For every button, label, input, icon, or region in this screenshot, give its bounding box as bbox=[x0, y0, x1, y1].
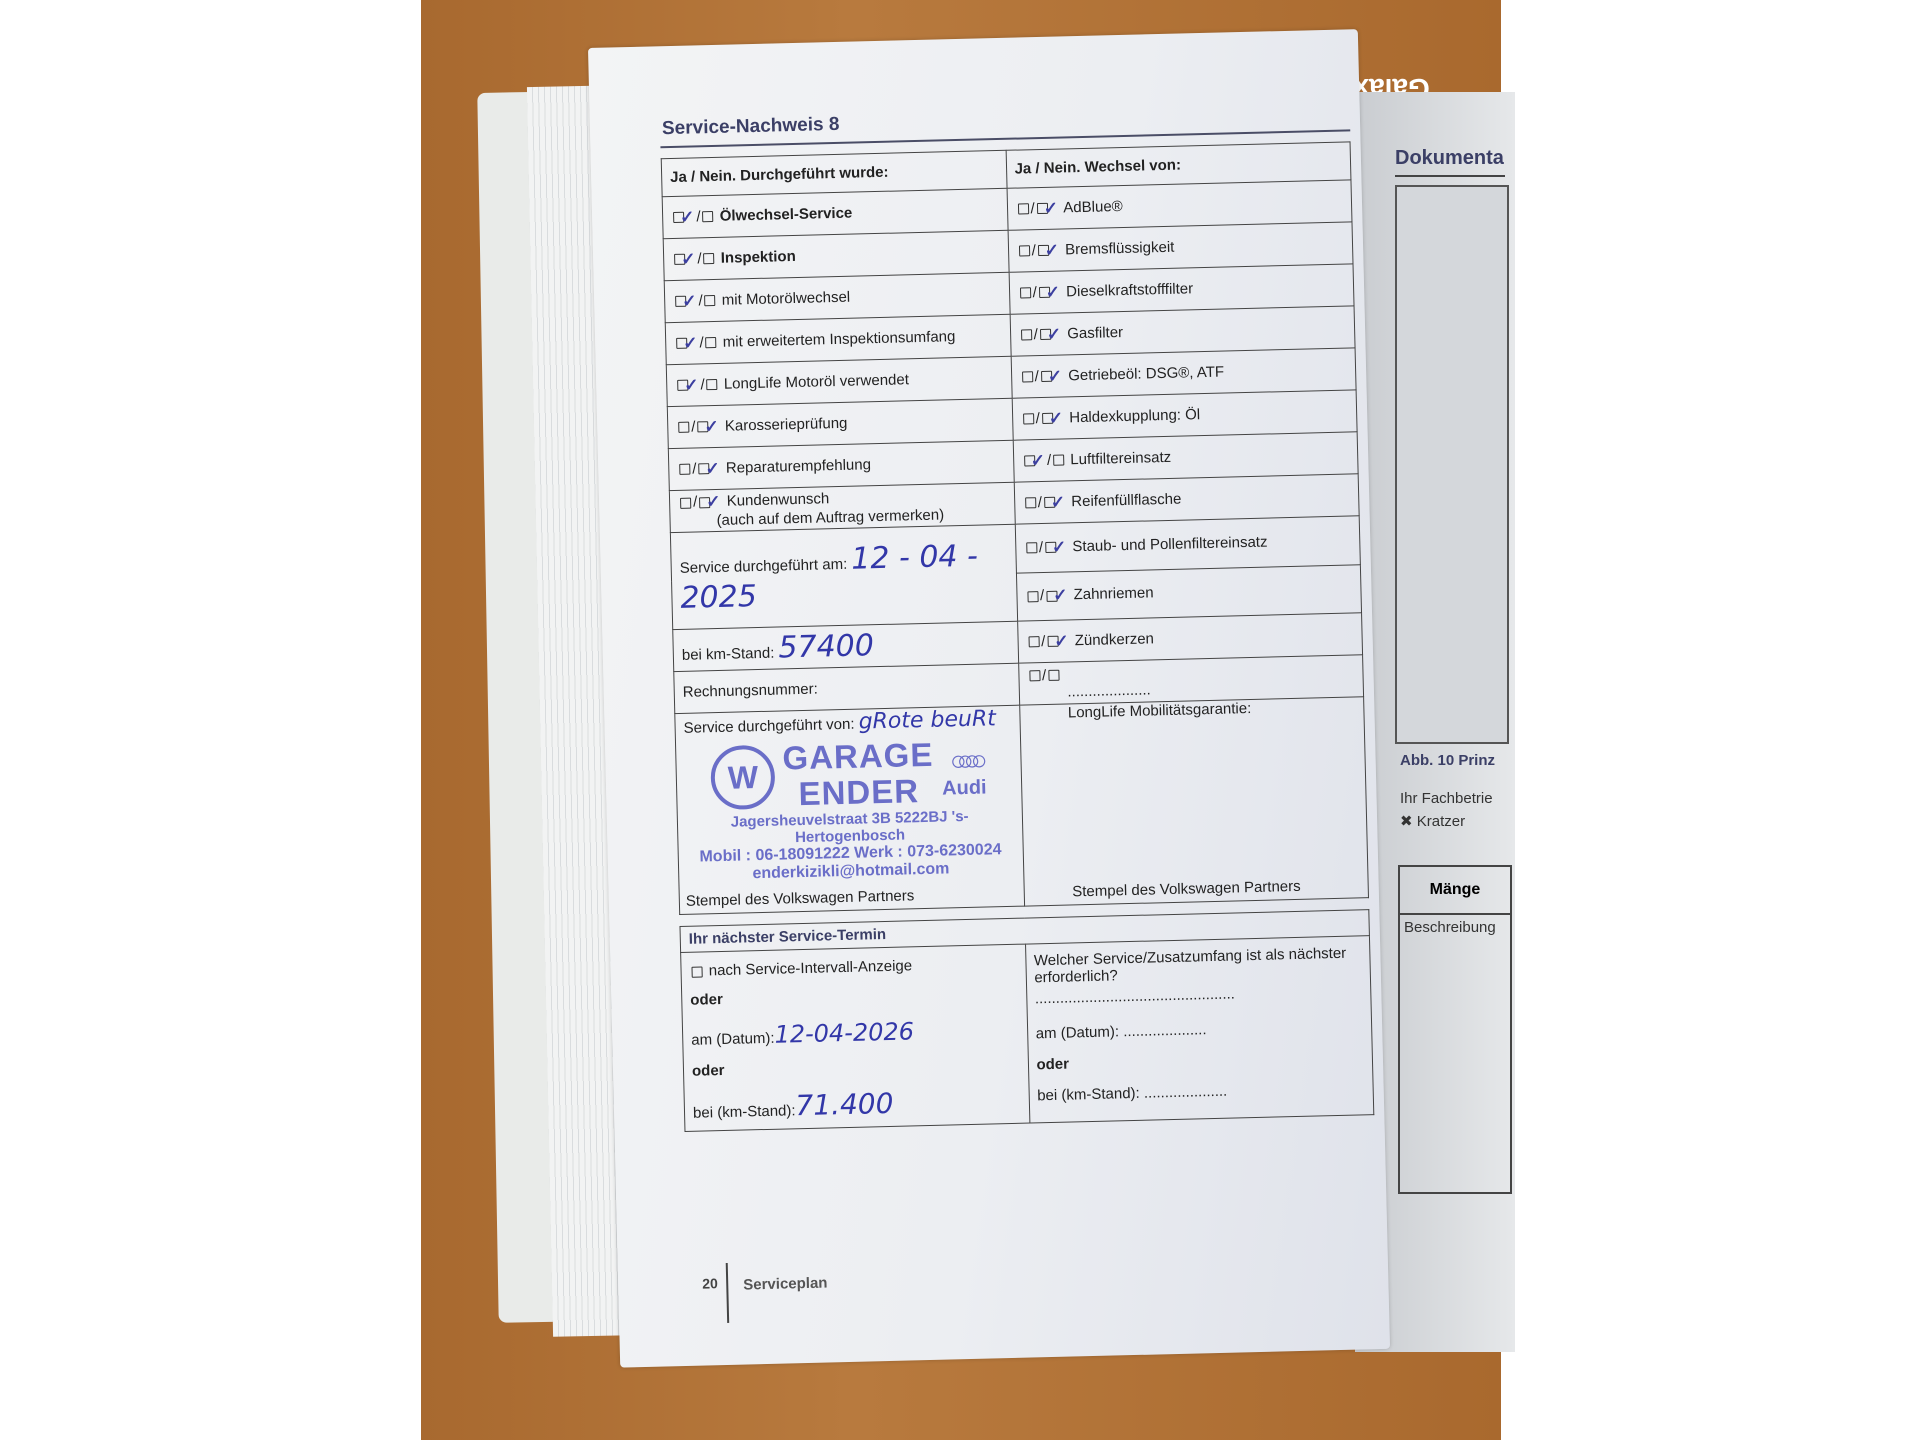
stamp-audi: Audi bbox=[942, 776, 987, 800]
right-item-ja-checkbox[interactable] bbox=[1021, 329, 1032, 340]
left-item-label: Inspektion bbox=[721, 247, 796, 266]
right-item-ja-checkbox[interactable] bbox=[1023, 413, 1034, 424]
page-title: Service-Nachweis 8 bbox=[662, 114, 840, 140]
kratzer-legend: ✖ Kratzer bbox=[1400, 812, 1465, 830]
stamp-caption-right: Stempel des Volkswagen Partners bbox=[1072, 878, 1301, 901]
left-item-nein-checkbox[interactable] bbox=[704, 295, 715, 306]
figure-caption: Abb. 10 Prinz bbox=[1400, 752, 1495, 769]
check-mark-icon: ✓ bbox=[680, 207, 695, 226]
right-item-ja-checkbox[interactable] bbox=[1022, 371, 1033, 382]
right-item-ja-checkbox[interactable] bbox=[1017, 203, 1028, 214]
left-item-label: mit Motorölwechsel bbox=[722, 288, 851, 308]
performed-by-label: Service durchgeführt von: bbox=[683, 716, 854, 737]
next-date-label: am (Datum): bbox=[691, 1030, 775, 1049]
left-item-label: Kundenwunsch bbox=[727, 490, 830, 510]
right-item-label: Bremsflüssigkeit bbox=[1065, 238, 1175, 258]
right-item-label: Zündkerzen bbox=[1075, 630, 1155, 649]
section-name: Serviceplan bbox=[743, 1275, 828, 1294]
next-km-label: bei (km-Stand): bbox=[693, 1102, 796, 1122]
check-mark-icon: ✓ bbox=[1051, 492, 1066, 511]
performed-by-value[interactable]: gRote beuRt bbox=[858, 706, 996, 734]
right-date-field[interactable]: am (Datum): .................... bbox=[1036, 1017, 1364, 1042]
check-mark-icon: ✓ bbox=[1045, 240, 1060, 259]
left-item-label: Reparaturempfehlung bbox=[726, 456, 871, 477]
right-item-ja-checkbox[interactable] bbox=[1026, 542, 1037, 553]
left-item-nein-checkbox[interactable] bbox=[707, 379, 718, 390]
check-mark-icon: ✓ bbox=[1054, 631, 1069, 650]
km-value[interactable]: 57400 bbox=[778, 628, 874, 665]
check-mark-icon: ✓ bbox=[1053, 586, 1068, 605]
maengel-table: Mänge Beschreibung bbox=[1398, 865, 1512, 1194]
right-item-label: Staub- und Pollenfiltereinsatz bbox=[1072, 533, 1267, 555]
right-item-ja-checkbox[interactable] bbox=[1018, 245, 1029, 256]
right-item-label: Gasfilter bbox=[1067, 323, 1123, 341]
left-item-nein-checkbox[interactable] bbox=[703, 253, 714, 264]
right-item-label: Getriebeöl: DSG®, ATF bbox=[1068, 363, 1224, 384]
left-item-ja-checkbox[interactable] bbox=[680, 497, 691, 508]
stamp-line2: ENDER bbox=[783, 773, 935, 813]
oder-label: oder bbox=[690, 984, 1018, 1009]
left-item-label: LongLife Motoröl verwendet bbox=[724, 371, 909, 393]
service-date-cell: Service durchgeführt am: 12 - 04 - 2025 bbox=[670, 524, 1017, 629]
right-item: /✓ Zahnriemen bbox=[1016, 564, 1362, 621]
check-mark-icon: ✓ bbox=[1048, 366, 1063, 385]
maengel-header: Mänge bbox=[1400, 867, 1510, 915]
invoice-label: Rechnungsnummer: bbox=[683, 681, 818, 701]
stamp-caption-left: Stempel des Volkswagen Partners bbox=[686, 887, 915, 910]
next-service-table: Ihr nächster Service-Termin nach Service… bbox=[679, 909, 1374, 1132]
audi-rings-icon: ○○○○ bbox=[941, 744, 986, 777]
check-mark-icon: ✓ bbox=[683, 333, 698, 352]
right-item-label: AdBlue® bbox=[1063, 197, 1123, 215]
check-mark-icon: ✓ bbox=[681, 249, 696, 268]
next-date-value[interactable]: 12-04-2026 bbox=[774, 1017, 914, 1048]
page-number: 20 bbox=[702, 1275, 718, 1291]
left-item-sublabel: (auch auf dem Auftrag vermerken) bbox=[716, 506, 944, 529]
fachbetrieb-text: Ihr Fachbetrie bbox=[1400, 790, 1493, 807]
service-date-label: Service durchgeführt am: bbox=[680, 556, 848, 577]
right-item-label: Dieselkraftstofffilter bbox=[1066, 280, 1193, 300]
service-date-value[interactable]: 12 - 04 - 2025 bbox=[680, 539, 978, 616]
car-diagram bbox=[1395, 185, 1509, 744]
left-item-nein-checkbox[interactable] bbox=[702, 211, 713, 222]
performed-by-cell: Service durchgeführt von: gRote beuRt W … bbox=[675, 705, 1024, 914]
next-service-right: Welcher Service/Zusatzumfang ist als näc… bbox=[1025, 936, 1374, 1123]
dealer-stamp: W GARAGEENDER ○○○○Audi Jagersheuvelstraa… bbox=[684, 735, 1015, 885]
km-label: bei km-Stand: bbox=[682, 645, 775, 664]
footer-divider bbox=[726, 1263, 729, 1323]
check-mark-icon: ✓ bbox=[1052, 537, 1067, 556]
right-item-ja-checkbox[interactable] bbox=[1025, 497, 1036, 508]
check-mark-icon: ✓ bbox=[1046, 282, 1061, 301]
next-service-dots[interactable]: ........................................… bbox=[1035, 982, 1363, 1007]
check-mark-icon: ✓ bbox=[1030, 450, 1045, 469]
left-item-ja-checkbox[interactable] bbox=[678, 422, 689, 433]
next-service-question: Welcher Service/Zusatzumfang ist als näc… bbox=[1034, 944, 1362, 986]
right-item-ja-checkbox[interactable] bbox=[1028, 636, 1039, 647]
check-mark-icon: ✓ bbox=[682, 291, 697, 310]
check-mark-icon: ✓ bbox=[705, 458, 720, 477]
stamp-line1: GARAGE bbox=[782, 737, 934, 777]
check-mark-icon: ✓ bbox=[1049, 408, 1064, 427]
right-item: /✓ Staub- und Pollenfiltereinsatz bbox=[1015, 516, 1361, 573]
right-km-field[interactable]: bei (km-Stand): .................... bbox=[1037, 1079, 1365, 1104]
check-mark-icon: ✓ bbox=[706, 492, 721, 511]
right-item-ja-checkbox[interactable] bbox=[1019, 287, 1030, 298]
left-item-nein-checkbox[interactable] bbox=[706, 337, 717, 348]
service-page: Service-Nachweis 8 Ja / Nein. Durchgefüh… bbox=[588, 29, 1390, 1367]
mobility-cell: LongLife Mobilitätsgarantie: Stempel des… bbox=[1019, 697, 1368, 906]
interval-checkbox[interactable] bbox=[691, 966, 702, 977]
right-page-title: Dokumenta bbox=[1395, 147, 1504, 170]
check-mark-icon: ✓ bbox=[1047, 324, 1062, 343]
right-item-ja-checkbox[interactable] bbox=[1029, 670, 1040, 681]
right-item-label: Zahnriemen bbox=[1073, 585, 1153, 604]
right-item-label: Luftfiltereinsatz bbox=[1070, 448, 1171, 467]
left-item-label: Ölwechsel-Service bbox=[720, 204, 853, 224]
left-item-label: Karosserieprüfung bbox=[725, 414, 848, 434]
right-item-label: Haldexkupplung: Öl bbox=[1069, 406, 1200, 426]
check-mark-icon: ✓ bbox=[1043, 198, 1058, 217]
check-mark-icon: ✓ bbox=[684, 375, 699, 394]
interval-label: nach Service-Intervall-Anzeige bbox=[709, 957, 913, 979]
vw-logo-icon: W bbox=[710, 745, 776, 811]
service-record-table: Ja / Nein. Durchgeführt wurde:Ja / Nein.… bbox=[661, 141, 1369, 915]
right-item-blank[interactable]: .................... bbox=[1067, 681, 1151, 700]
right-page-rule bbox=[1395, 175, 1505, 177]
right-item-nein-checkbox[interactable] bbox=[1048, 670, 1059, 681]
left-item-label: mit erweitertem Inspektionsumfang bbox=[723, 328, 956, 351]
right-item-ja-checkbox[interactable] bbox=[1027, 591, 1038, 602]
right-item-nein-checkbox[interactable] bbox=[1053, 454, 1064, 465]
right-item-label: Reifenfüllflasche bbox=[1071, 490, 1181, 510]
left-item-ja-checkbox[interactable] bbox=[679, 464, 690, 475]
right-oder: oder bbox=[1036, 1048, 1364, 1073]
oder-label-2: oder bbox=[692, 1055, 1020, 1080]
beschreibung-label: Beschreibung bbox=[1400, 915, 1510, 940]
next-service-left: nach Service-Intervall-Anzeige oder am (… bbox=[681, 944, 1030, 1131]
next-km-value[interactable]: 71.400 bbox=[795, 1087, 894, 1122]
check-mark-icon: ✓ bbox=[704, 416, 719, 435]
